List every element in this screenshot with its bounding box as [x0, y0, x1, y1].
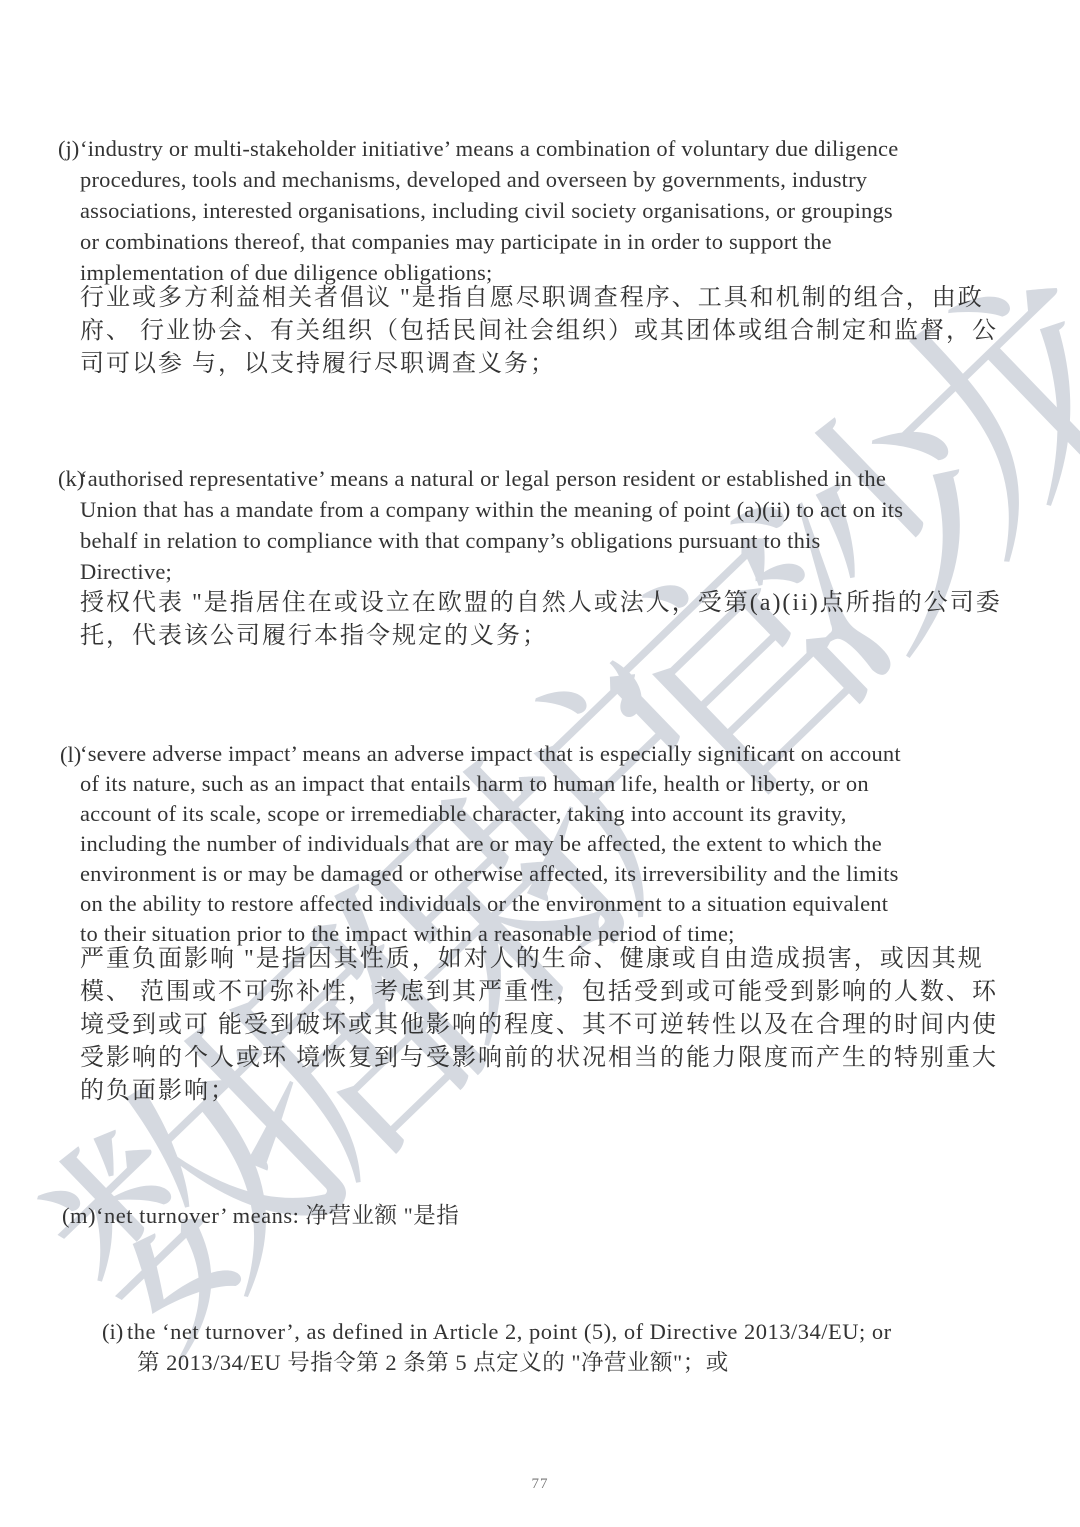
- text-line: of its nature, such as an impact that en…: [80, 769, 901, 799]
- paragraph-m: (m)‘net turnover’ means: 净营业额 "是指: [62, 1200, 459, 1231]
- text-line: 境受到或可 能受到破坏或其他影响的程度、其不可逆转性以及在合理的时间内使: [80, 1009, 998, 1042]
- text-line: 府、 行业协会、有关组织（包括民间社会组织）或其团体或组合制定和监督，公: [80, 315, 998, 348]
- paragraph-j-chinese: 行业或多方利益相关者倡议 "是指自愿尽职调查程序、工具和机制的组合，由政 府、 …: [80, 282, 998, 381]
- text-line: 严重负面影响 "是指因其性质，如对人的生命、健康或自由造成损害，或因其规: [80, 943, 998, 976]
- text-line: including the number of individuals that…: [80, 829, 901, 859]
- item-label-j: (j): [58, 133, 79, 164]
- document-content: (j) ‘industry or multi-stakeholder initi…: [0, 0, 1080, 1527]
- text-line: ‘industry or multi-stakeholder initiativ…: [80, 133, 898, 164]
- paragraph-k-english: ‘authorised representative’ means a natu…: [80, 463, 903, 587]
- page-number: 77: [0, 1476, 1080, 1493]
- text-line: 行业或多方利益相关者倡议 "是指自愿尽职调查程序、工具和机制的组合，由政: [80, 282, 998, 315]
- text-line: ‘severe adverse impact’ means an adverse…: [80, 739, 901, 769]
- text-line: behalf in relation to compliance with th…: [80, 525, 903, 556]
- text-line: Union that has a mandate from a company …: [80, 494, 903, 525]
- paragraph-l-english: ‘severe adverse impact’ means an adverse…: [80, 739, 901, 949]
- text-line: 模、 范围或不可弥补性，考虑到其严重性，包括受到或可能受到影响的人数、环: [80, 976, 998, 1009]
- item-label-l: (l): [60, 739, 81, 770]
- text-line: 司可以参 与，以支持履行尽职调查义务；: [80, 348, 998, 381]
- text-line: on the ability to restore affected indiv…: [80, 889, 901, 919]
- paragraph-k-chinese: 授权代表 "是指居住在或设立在欧盟的自然人或法人，受第(a)(ii)点所指的公司…: [80, 587, 1002, 653]
- paragraph-j-english: ‘industry or multi-stakeholder initiativ…: [80, 133, 898, 288]
- text-line: procedures, tools and mechanisms, develo…: [80, 164, 898, 195]
- text-line: account of its scale, scope or irremedia…: [80, 799, 901, 829]
- text-line: 第 2013/34/EU 号指令第 2 条第 5 点定义的 "净营业额"；或: [137, 1347, 892, 1378]
- text-line: 托，代表该公司履行本指令规定的义务；: [80, 620, 1002, 653]
- text-line: 的负面影响；: [80, 1075, 998, 1108]
- text-line: or combinations thereof, that companies …: [80, 226, 898, 257]
- text-line: Directive;: [80, 556, 903, 587]
- item-label-i: (i): [102, 1316, 123, 1347]
- paragraph-l-chinese: 严重负面影响 "是指因其性质，如对人的生命、健康或自由造成损害，或因其规 模、 …: [80, 943, 998, 1108]
- document-page: 数据保护官沙龙 (j) ‘industry or multi-stakehold…: [0, 0, 1080, 1527]
- text-line: 受影响的个人或环 境恢复到与受影响前的状况相当的能力限度而产生的特别重大: [80, 1042, 998, 1075]
- text-line: 授权代表 "是指居住在或设立在欧盟的自然人或法人，受第(a)(ii)点所指的公司…: [80, 587, 1002, 620]
- text-line: ‘authorised representative’ means a natu…: [80, 463, 903, 494]
- text-line: the ‘net turnover’, as defined in Articl…: [127, 1316, 892, 1347]
- text-line: associations, interested organisations, …: [80, 195, 898, 226]
- text-line: environment is or may be damaged or othe…: [80, 859, 901, 889]
- paragraph-m-i: the ‘net turnover’, as defined in Articl…: [127, 1316, 892, 1378]
- text-line: (m)‘net turnover’ means: 净营业额 "是指: [62, 1200, 459, 1231]
